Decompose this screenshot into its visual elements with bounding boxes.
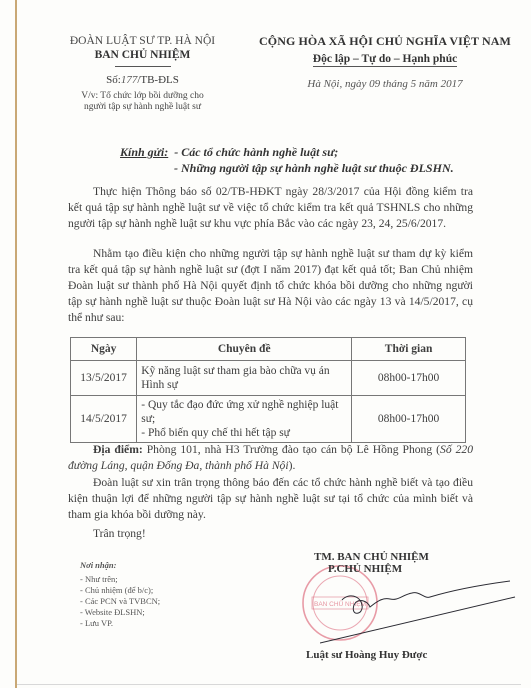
- signature-icon: [320, 575, 520, 645]
- cell-time: 08h00-17h00: [352, 396, 466, 443]
- location-label: Địa điểm:: [93, 443, 143, 456]
- document-number: Số:177/TB-ĐLS: [55, 73, 230, 87]
- paragraph-notice: Đoàn luật sư xin trân trọng thông báo đế…: [68, 475, 473, 523]
- signer-title-1: TM. BAN CHỦ NHIỆM: [300, 551, 460, 563]
- recipients-label: Kính gửi:: [120, 145, 168, 159]
- recipient-item: - Các tổ chức hành nghề luật sư;: [174, 145, 338, 159]
- number-suffix: /TB-ĐLS: [137, 74, 179, 86]
- paragraph-text: Trân trọng!: [68, 526, 473, 542]
- signer-title-2: P.CHỦ NHIỆM: [300, 563, 460, 575]
- topic-line: - Quy tắc đạo đức ứng xử nghề nghiệp luậ…: [141, 398, 347, 426]
- table-header-row: Ngày Chuyên đề Thời gian: [71, 338, 466, 361]
- topic-line: Kỹ năng luật sư tham gia bào chữa vụ án: [141, 364, 347, 378]
- schedule-table: Ngày Chuyên đề Thời gian 13/5/2017 Kỹ nă…: [70, 337, 466, 443]
- cell-time: 08h00-17h00: [352, 361, 466, 396]
- cc-label: Nơi nhận:: [80, 560, 160, 571]
- paragraph-text: Đoàn luật sư xin trân trọng thông báo đế…: [68, 475, 473, 523]
- issuer-block: ĐOÀN LUẬT SƯ TP. HÀ NỘI BAN CHỦ NHIỆM Số…: [55, 34, 230, 113]
- recipients-block: Kính gửi: - Các tổ chức hành nghề luật s…: [120, 144, 454, 176]
- issuer-organization: ĐOÀN LUẬT SƯ TP. HÀ NỘI: [55, 34, 230, 48]
- location-text: Phòng 101, nhà H3 Trường đào tạo cán bộ …: [143, 443, 440, 456]
- paragraph-reference: Thực hiện Thông báo số 02/TB-HĐKT ngày 2…: [68, 184, 473, 232]
- column-header: Ngày: [71, 338, 137, 361]
- paragraph-closing: Trân trọng!: [68, 526, 473, 542]
- column-header: Chuyên đề: [137, 338, 352, 361]
- paragraph-location: Địa điểm: Phòng 101, nhà H3 Trường đào t…: [68, 442, 473, 474]
- number-prefix: Số:: [106, 74, 121, 86]
- national-motto: Độc lập – Tự do – Hạnh phúc: [313, 53, 457, 67]
- table-row: 13/5/2017 Kỹ năng luật sư tham gia bào c…: [71, 361, 466, 396]
- cell-topic: Kỹ năng luật sư tham gia bào chữa vụ ánH…: [137, 361, 352, 396]
- page-left-edge: [15, 0, 17, 688]
- paragraph-purpose: Nhằm tạo điều kiện cho những người tập s…: [68, 246, 473, 326]
- location-end: ).: [289, 459, 296, 472]
- paragraph-text: Địa điểm: Phòng 101, nhà H3 Trường đào t…: [68, 442, 473, 474]
- page-bottom-rule: [17, 684, 521, 685]
- cc-item: - Lưu VP.: [80, 618, 160, 629]
- cell-topic: - Quy tắc đạo đức ứng xử nghề nghiệp luậ…: [137, 396, 352, 443]
- number-handwritten: 177: [121, 74, 138, 86]
- subject: V/v: Tổ chức lớp bồi dưỡng cho người tập…: [55, 91, 230, 113]
- table-row: 14/5/2017 - Quy tắc đạo đức ứng xử nghề …: [71, 396, 466, 443]
- signer-name: Luật sư Hoàng Huy Được: [306, 649, 427, 661]
- cell-date: 14/5/2017: [71, 396, 137, 443]
- national-header: CỘNG HÒA XÃ HỘI CHỦ NGHĨA VIỆT NAM Độc l…: [240, 34, 530, 90]
- issuer-board: BAN CHỦ NHIỆM: [55, 48, 230, 62]
- column-header: Thời gian: [352, 338, 466, 361]
- cc-item: - Như trên;: [80, 574, 160, 585]
- topic-line: Hình sự: [141, 378, 347, 392]
- cc-item: - Chủ nhiệm (để b/c);: [80, 585, 160, 596]
- cell-date: 13/5/2017: [71, 361, 137, 396]
- topic-line: - Phổ biến quy chế thi hết tập sự: [141, 426, 347, 440]
- subject-line-1: V/v: Tổ chức lớp bồi dưỡng cho: [55, 91, 230, 102]
- recipient-item: - Những người tập sự hành nghề luật sư t…: [120, 160, 454, 176]
- paragraph-text: Nhằm tạo điều kiện cho những người tập s…: [68, 246, 473, 326]
- document-date: Hà Nội, ngày 09 tháng 5 năm 2017: [240, 78, 530, 90]
- cc-item: - Website ĐLSHN;: [80, 607, 160, 618]
- cc-list: Nơi nhận: - Như trên; - Chủ nhiệm (để b/…: [80, 560, 160, 629]
- issuer-rule: [115, 66, 171, 67]
- nation-title: CỘNG HÒA XÃ HỘI CHỦ NGHĨA VIỆT NAM: [240, 34, 530, 49]
- paragraph-text: Thực hiện Thông báo số 02/TB-HĐKT ngày 2…: [68, 184, 473, 232]
- signature-block: TM. BAN CHỦ NHIỆM P.CHỦ NHIỆM Luật sư Ho…: [300, 551, 460, 575]
- cc-item: - Các PCN và TVBCN;: [80, 596, 160, 607]
- subject-line-2: người tập sự hành nghề luật sư: [55, 102, 230, 113]
